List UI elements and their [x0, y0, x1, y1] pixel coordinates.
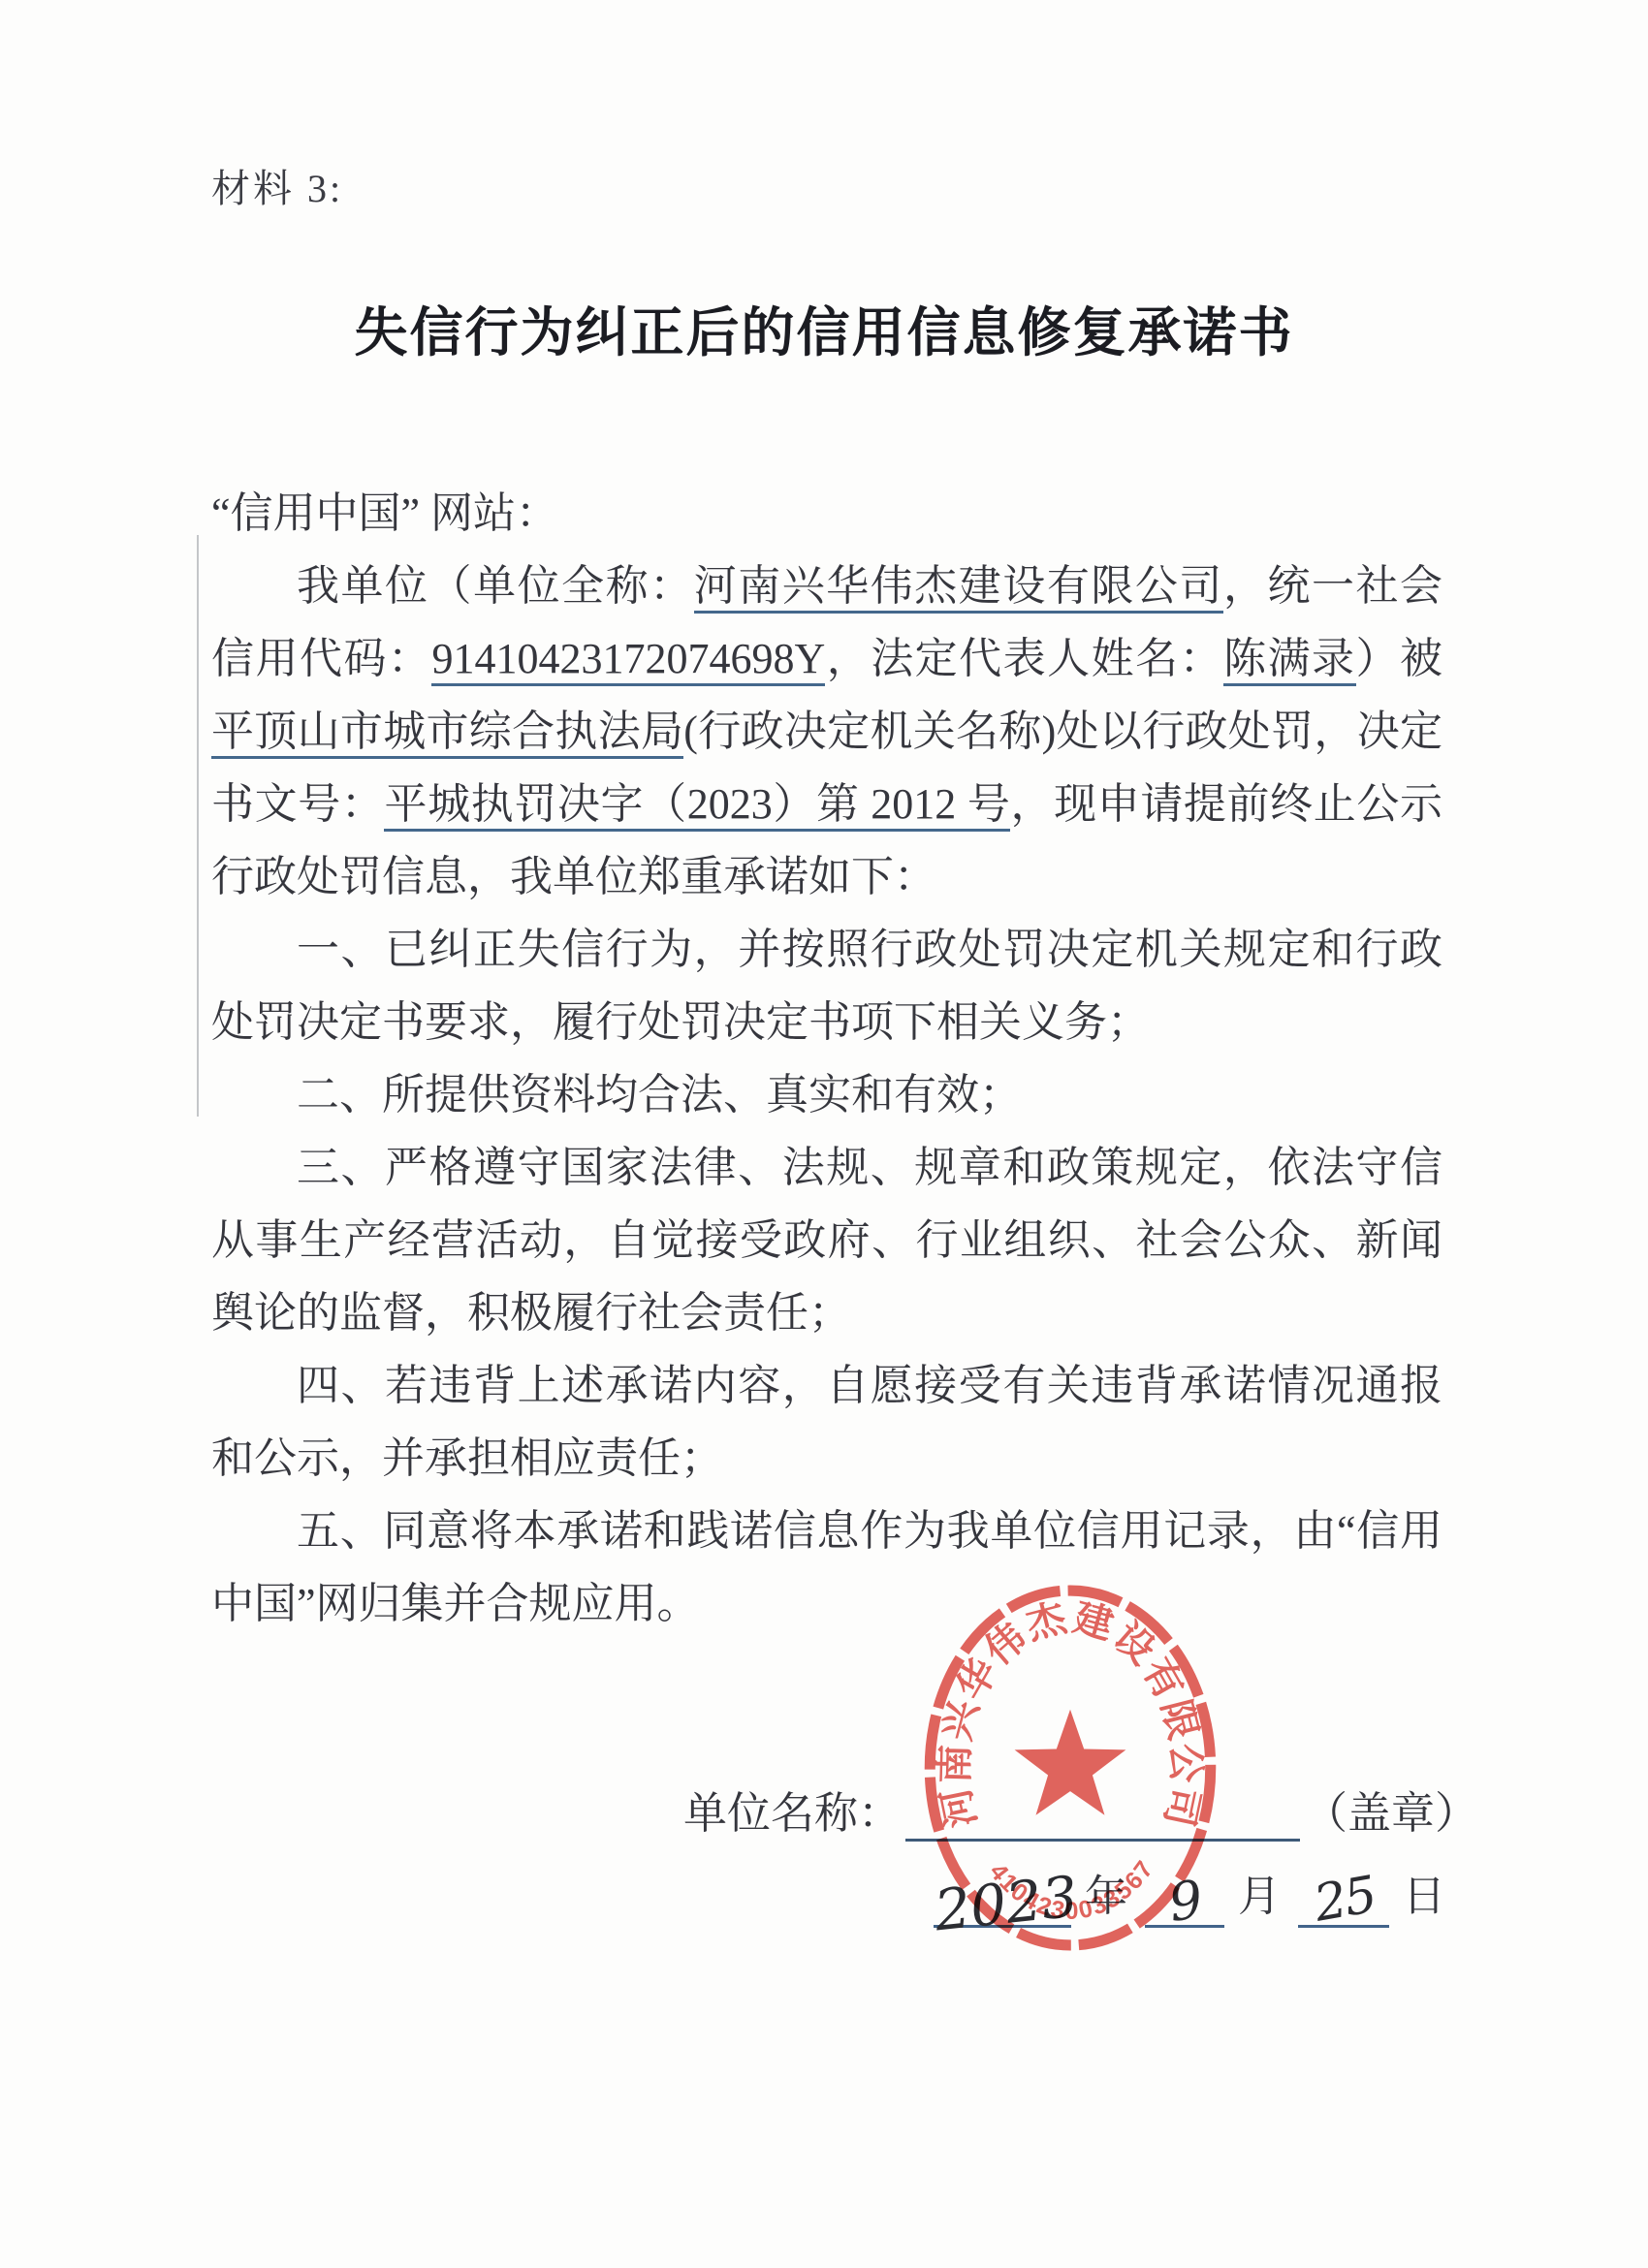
paragraph-text: 二、所提供资料均合法、真实和有效；: [297, 1071, 1022, 1118]
filled-in-value: 陈满录: [1223, 635, 1355, 686]
paragraph: 五、同意将本承诺和践诺信息作为我单位信用记录，由“信用中国”网归集并合规应用。: [211, 1495, 1442, 1640]
paragraph-text: 我单位（单位全称：: [297, 562, 694, 610]
body-block: “信用中国” 网站： 我单位（单位全称：河南兴华伟杰建设有限公司，统一社会信用代…: [211, 477, 1442, 1640]
seal-here-note: （盖章）: [1304, 1785, 1478, 1842]
paragraph-text: 五、同意将本承诺和践诺信息作为我单位信用记录，由“信用中国”网归集并合规应用。: [211, 1507, 1442, 1627]
filled-in-value: 河南兴华伟杰建设有限公司: [694, 562, 1223, 614]
svg-text:4104230033567: 4104230033567: [984, 1854, 1159, 1925]
document-title: 失信行为纠正后的信用信息修复承诺书: [0, 299, 1648, 367]
paragraph: 一、已纠正失信行为，并按照行政处罚决定机关规定和行政处罚决定书要求，履行处罚决定…: [211, 913, 1442, 1058]
day-unit-label: 日: [1403, 1866, 1445, 1928]
document-page: 材料 3: 失信行为纠正后的信用信息修复承诺书 “信用中国” 网站： 我单位（单…: [0, 0, 1648, 2268]
month-unit-label: 月: [1238, 1866, 1281, 1928]
paragraph-text: ）被: [1356, 635, 1443, 682]
unit-name-label: 单位名称：: [683, 1785, 902, 1842]
paragraph-text: 三、严格遵守国家法律、法规、规章和政策规定，依法守信从事生产经营活动，自觉接受政…: [211, 1144, 1442, 1337]
paragraph: 四、若违背上述承诺内容，自愿接受有关违背承诺情况通报和公示，并承担相应责任；: [211, 1349, 1442, 1495]
document-title-suffix: 承诺书: [1128, 303, 1294, 362]
scan-artifact-line: [197, 535, 199, 1117]
day-blank-line: 25: [1298, 1863, 1389, 1928]
handwritten-day: 25: [1310, 1864, 1379, 1936]
filled-in-value: 平顶山市城市综合执法局: [211, 708, 683, 759]
paragraph-text: 一、已纠正失信行为，并按照行政处罚决定机关规定和行政处罚决定书要求，履行处罚决定…: [211, 926, 1442, 1046]
paragraph-text: ，法定代表人姓名：: [825, 635, 1223, 682]
filled-in-value: 91410423172074698Y: [431, 635, 825, 686]
company-seal: 河南兴华伟杰建设有限公司 4104230033567: [919, 1578, 1221, 1958]
filled-in-value: 平城执罚决字（2023）第 2012 号: [384, 780, 1010, 832]
paragraph: 三、严格遵守国家法律、法规、规章和政策规定，依法守信从事生产经营活动，自觉接受政…: [211, 1131, 1442, 1349]
seal-code: 4104230033567: [984, 1854, 1159, 1925]
salutation: “信用中国” 网站：: [211, 477, 1442, 550]
paragraph: 我单位（单位全称：河南兴华伟杰建设有限公司，统一社会信用代码：914104231…: [211, 550, 1442, 913]
material-label: 材料 3:: [211, 158, 343, 213]
document-title-main: 失信行为纠正后的信用信息修复: [354, 302, 1127, 362]
paragraph-text: 四、若违背上述承诺内容，自愿接受有关违背承诺情况通报和公示，并承担相应责任；: [211, 1362, 1442, 1482]
paragraph: 二、所提供资料均合法、真实和有效；: [211, 1058, 1442, 1131]
seal-star: [1015, 1710, 1126, 1815]
body-paragraphs: 我单位（单位全称：河南兴华伟杰建设有限公司，统一社会信用代码：914104231…: [211, 550, 1442, 1640]
